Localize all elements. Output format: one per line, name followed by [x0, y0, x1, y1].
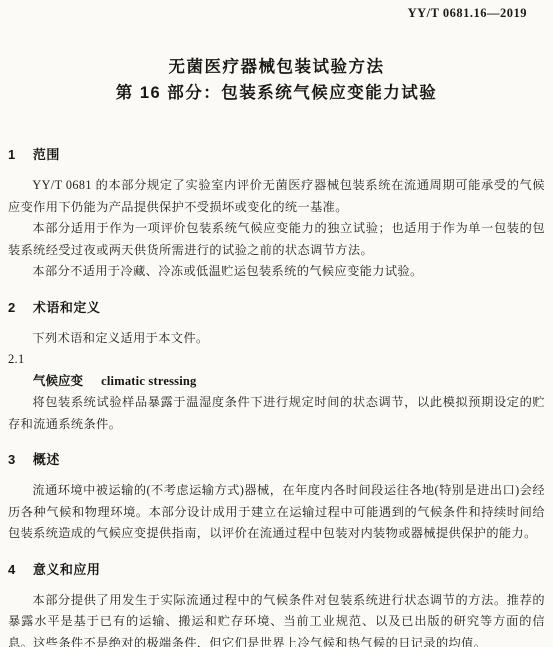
term-entry: 气候应变 climatic stressing: [8, 371, 545, 393]
section-scope: 1 范围 YY/T 0681 的本部分规定了实验室内评价无菌医疗器械包装系统在流…: [8, 146, 545, 283]
section-significance-heading: 4 意义和应用: [8, 561, 545, 579]
section-number: 2: [8, 300, 16, 315]
document-title: 无菌医疗器械包装试验方法 第 16 部分：包装系统气候应变能力试验: [8, 54, 545, 106]
standard-number: YY/T 0681.16—2019: [8, 6, 545, 21]
terms-intro: 下列术语和定义适用于本文件。: [8, 328, 545, 350]
document-title-line1: 无菌医疗器械包装试验方法: [8, 54, 545, 80]
document-title-line2: 第 16 部分：包装系统气候应变能力试验: [8, 80, 545, 106]
paragraph: YY/T 0681 的本部分规定了实验室内评价无菌医疗器械包装系统在流通周期可能…: [8, 175, 545, 218]
section-heading-text: 术语和定义: [33, 300, 101, 315]
section-number: 3: [8, 452, 16, 467]
section-heading-text: 范围: [33, 147, 60, 162]
section-overview-heading: 3 概述: [8, 451, 545, 469]
section-number: 4: [8, 562, 16, 577]
section-terms-heading: 2 术语和定义: [8, 299, 545, 317]
term-chinese: 气候应变: [33, 374, 83, 388]
section-terms-definitions: 2 术语和定义 下列术语和定义适用于本文件。 2.1 气候应变 climatic…: [8, 299, 545, 436]
section-significance-application: 4 意义和应用 本部分提供了用发生于实际流通过程中的气候条件对包装系统进行状态调…: [8, 561, 545, 647]
paragraph: 流通环境中被运输的(不考虑运输方式)器械，在年度内各时间段运往各地(特别是进出口…: [8, 480, 545, 545]
section-number: 1: [8, 147, 16, 162]
term-id: 2.1: [8, 349, 545, 371]
paragraph: 本部分适用于作为一项评价包装系统气候应变能力的独立试验；也适用于作为单一包装的包…: [8, 218, 545, 261]
section-heading-text: 意义和应用: [33, 562, 101, 577]
paragraph: 本部分提供了用发生于实际流通过程中的气候条件对包装系统进行状态调节的方法。推荐的…: [8, 590, 545, 647]
document-page: YY/T 0681.16—2019 无菌医疗器械包装试验方法 第 16 部分：包…: [0, 0, 553, 647]
paragraph: 本部分不适用于冷藏、冷冻或低温贮运包装系统的气候应变能力试验。: [8, 261, 545, 283]
section-heading-text: 概述: [33, 452, 60, 467]
section-overview: 3 概述 流通环境中被运输的(不考虑运输方式)器械，在年度内各时间段运往各地(特…: [8, 451, 545, 545]
term-definition: 将包装系统试验样品暴露于温湿度条件下进行规定时间的状态调节，以此模拟预期设定的贮…: [8, 392, 545, 435]
term-english: climatic stressing: [101, 374, 196, 388]
section-scope-heading: 1 范围: [8, 146, 545, 164]
